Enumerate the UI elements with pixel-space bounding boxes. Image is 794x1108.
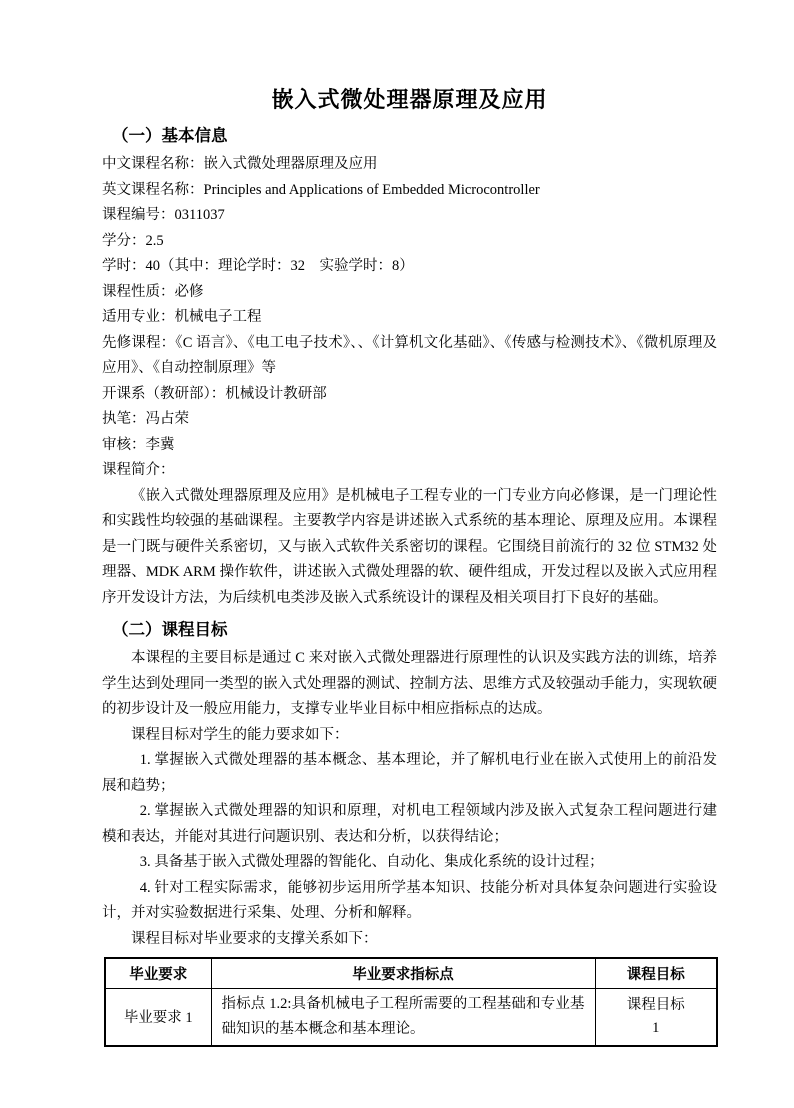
section-heading-basic-info: （一）基本信息 — [102, 124, 717, 148]
table-header-graduation-requirement: 毕业要求 — [105, 958, 211, 988]
table-header-requirement-indicator: 毕业要求指标点 — [211, 958, 595, 988]
course-intro-paragraph: 《嵌入式微处理器原理及应用》是机械电子工程专业的一门专业方向必修课，是一门理论性… — [102, 484, 717, 612]
info-line-course-code: 课程编号：0311037 — [102, 203, 717, 229]
document-title: 嵌入式微处理器原理及应用 — [102, 86, 717, 114]
info-line-reviewer: 审核：李冀 — [102, 433, 717, 459]
section-heading-course-objectives: （二）课程目标 — [102, 618, 717, 642]
info-line-credits: 学分：2.5 — [102, 229, 717, 255]
document-page: 嵌入式微处理器原理及应用 （一）基本信息 中文课程名称：嵌入式微处理器原理及应用… — [0, 0, 794, 1108]
info-line-english-course-name: 英文课程名称：Principles and Applications of Em… — [102, 178, 717, 204]
objectives-lead-paragraph: 本课程的主要目标是通过 C 来对嵌入式微处理器进行原理性的认识及实践方法的训练，… — [102, 646, 717, 723]
objective-item-3: 3. 具备基于嵌入式微处理器的智能化、自动化、集成化系统的设计过程； — [102, 850, 717, 876]
table-cell-requirement: 毕业要求 1 — [105, 988, 211, 1046]
table-row: 毕业要求 1 指标点 1.2:具备机械电子工程所需要的工程基础和专业基础知识的基… — [105, 988, 717, 1046]
info-line-author: 执笔：冯占荣 — [102, 407, 717, 433]
info-line-hours: 学时：40（其中：理论学时：32 实验学时：8） — [102, 254, 717, 280]
table-header-row: 毕业要求 毕业要求指标点 课程目标 — [105, 958, 717, 988]
info-line-prerequisites: 先修课程：《C 语言》、《电工电子技术》、、《计算机文化基础》、《传感与检测技术… — [102, 331, 717, 382]
info-line-department: 开课系（教研部）：机械设计教研部 — [102, 382, 717, 408]
objective-item-1: 1. 掌握嵌入式微处理器的基本概念、基本理论，并了解机电行业在嵌入式使用上的前沿… — [102, 748, 717, 799]
info-line-course-type: 课程性质：必修 — [102, 280, 717, 306]
info-line-course-intro-label: 课程简介： — [102, 458, 717, 484]
objectives-ability-intro: 课程目标对学生的能力要求如下： — [102, 723, 717, 749]
table-header-course-objective: 课程目标 — [595, 958, 717, 988]
info-line-chinese-course-name: 中文课程名称：嵌入式微处理器原理及应用 — [102, 152, 717, 178]
info-line-major: 适用专业：机械电子工程 — [102, 305, 717, 331]
objective-item-2: 2. 掌握嵌入式微处理器的知识和原理，对机电工程领域内涉及嵌入式复杂工程问题进行… — [102, 799, 717, 850]
table-cell-indicator: 指标点 1.2:具备机械电子工程所需要的工程基础和专业基础知识的基本概念和基本理… — [211, 988, 595, 1046]
support-relationship-intro: 课程目标对毕业要求的支撑关系如下： — [102, 927, 717, 953]
table-cell-objective: 课程目标 1 — [595, 988, 717, 1046]
support-relationship-table: 毕业要求 毕业要求指标点 课程目标 毕业要求 1 指标点 1.2:具备机械电子工… — [104, 957, 718, 1047]
objective-item-4: 4. 针对工程实际需求，能够初步运用所学基本知识、技能分析对具体复杂问题进行实验… — [102, 876, 717, 927]
